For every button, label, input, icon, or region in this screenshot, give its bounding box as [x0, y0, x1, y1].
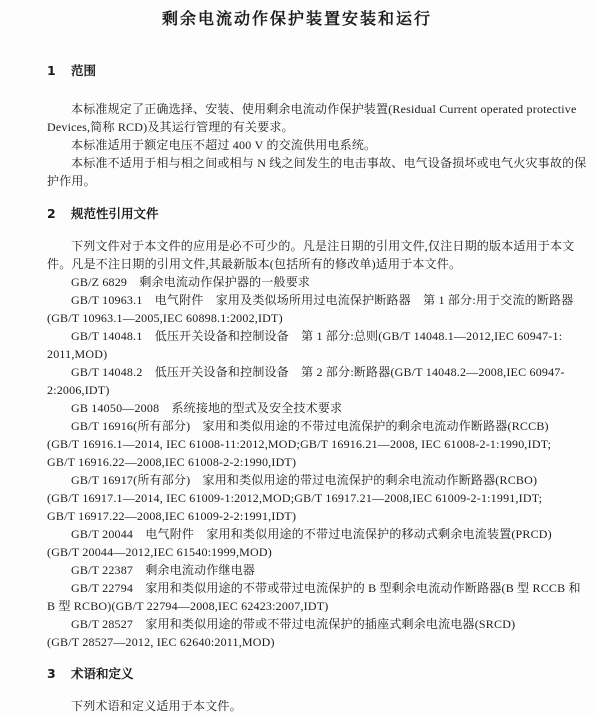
- section-3-heading: 3术语和定义: [47, 665, 547, 683]
- reference-line: (GB/T 16917.1—2014, IEC 61009-1:2012,MOD…: [47, 489, 547, 507]
- section-1-heading: 1范围: [47, 62, 547, 80]
- section-2-title: 规范性引用文件: [71, 206, 159, 221]
- reference-line: GB/T 16916(所有部分) 家用和类似用途的不带过电流保护的剩余电流动作断…: [47, 417, 547, 435]
- text-line: 下列术语和定义适用于本文件。: [47, 697, 547, 715]
- text-line: 下列文件对于本文件的应用是必不可少的。凡是注日期的引用文件,仅注日期的版本适用于…: [47, 237, 547, 255]
- reference-line: 2:2006,IDT): [47, 381, 547, 399]
- reference-line: (GB/T 20044—2012,IEC 61540:1999,MOD): [47, 543, 547, 561]
- reference-line: GB/T 22387 剩余电流动作继电器: [47, 561, 547, 579]
- section-3-title: 术语和定义: [71, 666, 134, 681]
- section-1-number: 1: [47, 62, 71, 80]
- reference-line: GB/T 14048.2 低压开关设备和控制设备 第 2 部分:断路器(GB/T…: [47, 363, 547, 381]
- reference-line: GB 14050—2008 系统接地的型式及安全技术要求: [47, 399, 547, 417]
- reference-line: GB/T 16917(所有部分) 家用和类似用途的带过电流保护的剩余电流动作断路…: [47, 471, 547, 489]
- section-2-heading: 2规范性引用文件: [47, 205, 547, 223]
- document-title: 剩余电流动作保护装置安装和运行: [47, 8, 547, 30]
- reference-line: (GB/T 28527—2012, IEC 62640:2011,MOD): [47, 633, 547, 651]
- standard-document-page: 剩余电流动作保护装置安装和运行 1范围 本标准规定了正确选择、安装、使用剩余电流…: [0, 0, 595, 716]
- section-3-number: 3: [47, 665, 71, 683]
- reference-line: GB/T 10963.1 电气附件 家用及类似场所用过电流保护断路器 第 1 部…: [47, 291, 547, 309]
- reference-line: (GB/T 16916.1—2014, IEC 61008-11:2012,MO…: [47, 435, 547, 453]
- reference-line: 2011,MOD): [47, 345, 547, 363]
- text-line: Devices,简称 RCD)及其运行管理的有关要求。: [47, 118, 547, 136]
- reference-line: GB/T 20044 电气附件 家用和类似用途的不带过电流保护的移动式剩余电流装…: [47, 525, 547, 543]
- reference-line: GB/T 16916.22—2008,IEC 61008-2-2:1990,ID…: [47, 453, 547, 471]
- text-line: 本标准规定了正确选择、安装、使用剩余电流动作保护装置(Residual Curr…: [47, 100, 547, 118]
- text-line: 本标准不适用于相与相之间或相与 N 线之间发生的电击事故、电气设备损坏或电气火灾…: [47, 154, 547, 172]
- text-line: 护作用。: [47, 172, 547, 190]
- text-line: 件。凡是不注日期的引用文件,其最新版本(包括所有的修改单)适用于本文件。: [47, 255, 547, 273]
- reference-line: GB/T 16917.22—2008,IEC 61009-2-2:1991,ID…: [47, 507, 547, 525]
- section-terms-definitions: 3术语和定义 下列术语和定义适用于本文件。: [47, 665, 547, 715]
- reference-line: GB/Z 6829 剩余电流动作保护器的一般要求: [47, 273, 547, 291]
- reference-line: GB/T 28527 家用和类似用途的带或不带过电流保护的插座式剩余电流电器(S…: [47, 615, 547, 633]
- reference-line: GB/T 14048.1 低压开关设备和控制设备 第 1 部分:总则(GB/T …: [47, 327, 547, 345]
- section-1-title: 范围: [71, 63, 96, 78]
- section-scope: 1范围 本标准规定了正确选择、安装、使用剩余电流动作保护装置(Residual …: [47, 62, 547, 190]
- section-2-number: 2: [47, 205, 71, 223]
- section-normative-references: 2规范性引用文件 下列文件对于本文件的应用是必不可少的。凡是注日期的引用文件,仅…: [47, 205, 547, 651]
- reference-line: (GB/T 10963.1—2005,IEC 60898.1:2002,IDT): [47, 309, 547, 327]
- reference-line: B 型 RCBO)(GB/T 22794—2008,IEC 62423:2007…: [47, 597, 547, 615]
- text-line: 本标准适用于额定电压不超过 400 V 的交流供用电系统。: [47, 136, 547, 154]
- reference-line: GB/T 22794 家用和类似用途的不带或带过电流保护的 B 型剩余电流动作断…: [47, 579, 547, 597]
